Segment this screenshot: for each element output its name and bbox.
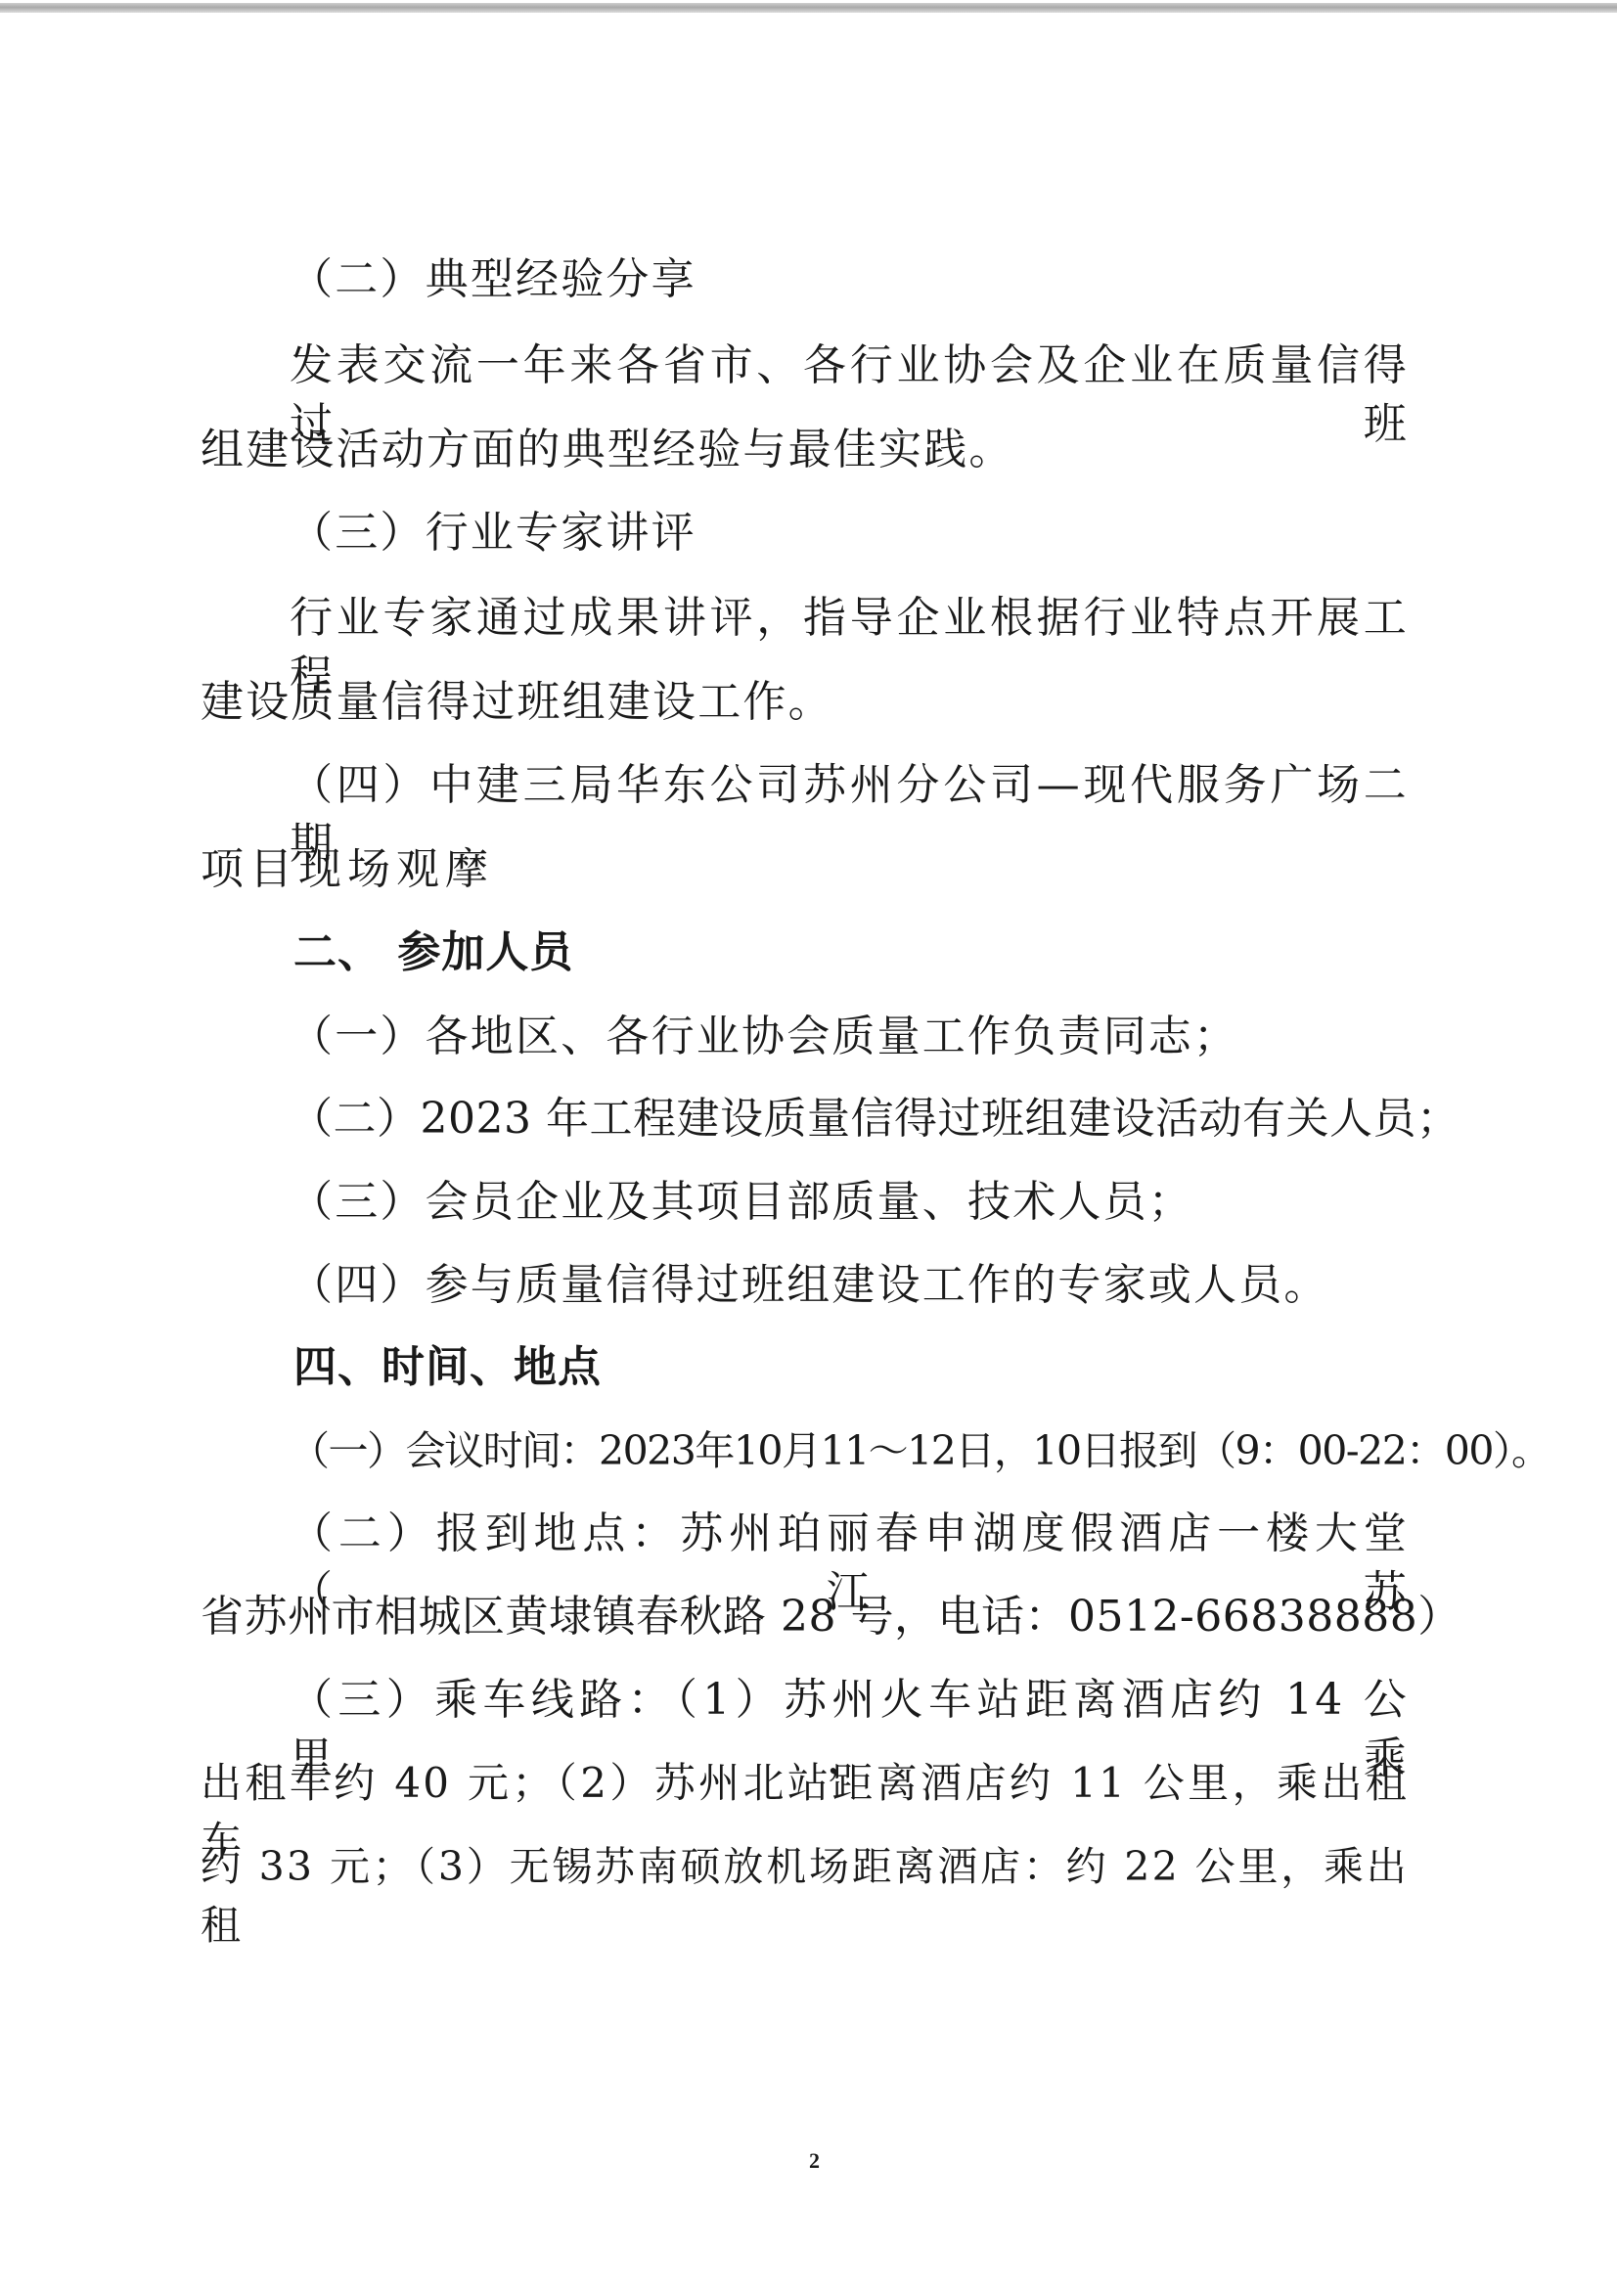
page-number: 2 — [809, 2148, 820, 2174]
registration-location: （二）报到地点：苏州珀丽春申湖度假酒店一楼大堂（江苏 — [290, 1505, 1409, 1563]
subsection-heading-expert-review: （三）行业专家讲评 — [290, 504, 1409, 563]
document-page: （二）典型经验分享 发表交流一年来各省市、各行业协会及企业在质量信得过班 组建设… — [0, 0, 1617, 2296]
section-heading-participants: 二、 参加人员 — [293, 923, 1502, 982]
subsection-heading-site-visit: （四）中建三局华东公司苏州分公司—现代服务广场二期 — [290, 756, 1409, 815]
paragraph-line: 项目现场观摩 — [201, 840, 1409, 899]
meeting-time: （一）会议时间：2023年10月11～12日，10日报到（9：00-22：00）… — [290, 1421, 1409, 1480]
transport-route: 约 33 元；（3）无锡苏南硕放机场距离酒店：约 22 公里，乘出租 — [201, 1837, 1409, 1896]
paragraph-line: 行业专家通过成果讲评，指导企业根据行业特点开展工程 — [290, 589, 1409, 648]
list-item: （一）各地区、各行业协会质量工作负责同志； — [290, 1008, 1409, 1066]
list-item: （三）会员企业及其项目部质量、技术人员； — [290, 1173, 1409, 1232]
transport-route: 出租车约 40 元；（2）苏州北站距离酒店约 11 公里，乘出租车 — [201, 1754, 1409, 1813]
transport-route: （三）乘车线路：（1）苏州火车站距离酒店约 14 公里，乘 — [290, 1671, 1409, 1730]
subsection-heading-typical-experience: （二）典型经验分享 — [290, 250, 1409, 309]
paragraph-line: 发表交流一年来各省市、各行业协会及企业在质量信得过班 — [290, 337, 1409, 395]
address-phone: 省苏州市相城区黄埭镇春秋路 28 号，电话：0512-66838888） — [201, 1588, 1409, 1646]
section-heading-time-place: 四、时间、地点 — [293, 1338, 1502, 1397]
list-item: （二）2023 年工程建设质量信得过班组建设活动有关人员； — [290, 1090, 1409, 1148]
paragraph-line: 建设质量信得过班组建设工作。 — [201, 673, 1409, 732]
list-item: （四）参与质量信得过班组建设工作的专家或人员。 — [290, 1256, 1409, 1315]
paragraph-line: 组建设活动方面的典型经验与最佳实践。 — [201, 421, 1409, 479]
